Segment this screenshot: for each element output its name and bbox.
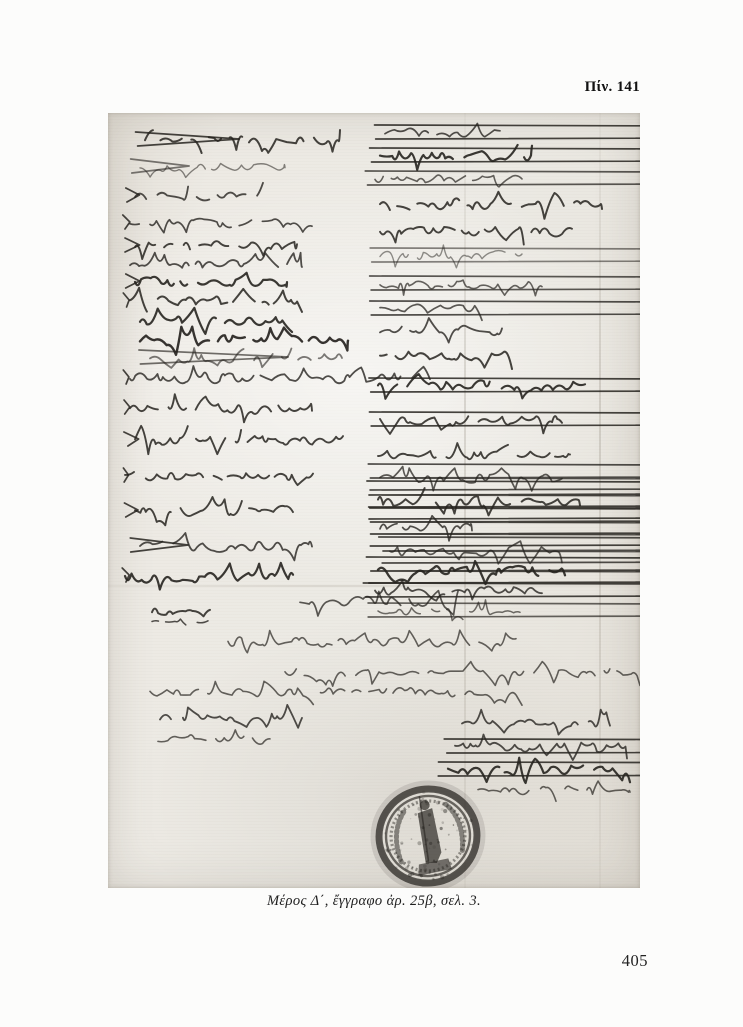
figure-caption: Μέρος Δ΄, ἔγγραφο ἀρ. 25β, σελ. 3. <box>108 893 640 910</box>
book-page: Πίν. 141 Μέρος Δ΄, ἔγγραφο ἀρ. 25β, σελ.… <box>0 0 743 1027</box>
page-number: 405 <box>622 951 648 971</box>
plate-label: Πίν. 141 <box>585 79 640 96</box>
seal-stamp <box>370 779 487 888</box>
handwriting-svg <box>108 113 640 888</box>
signature-strokes <box>122 124 640 802</box>
manuscript-photo <box>108 113 640 888</box>
